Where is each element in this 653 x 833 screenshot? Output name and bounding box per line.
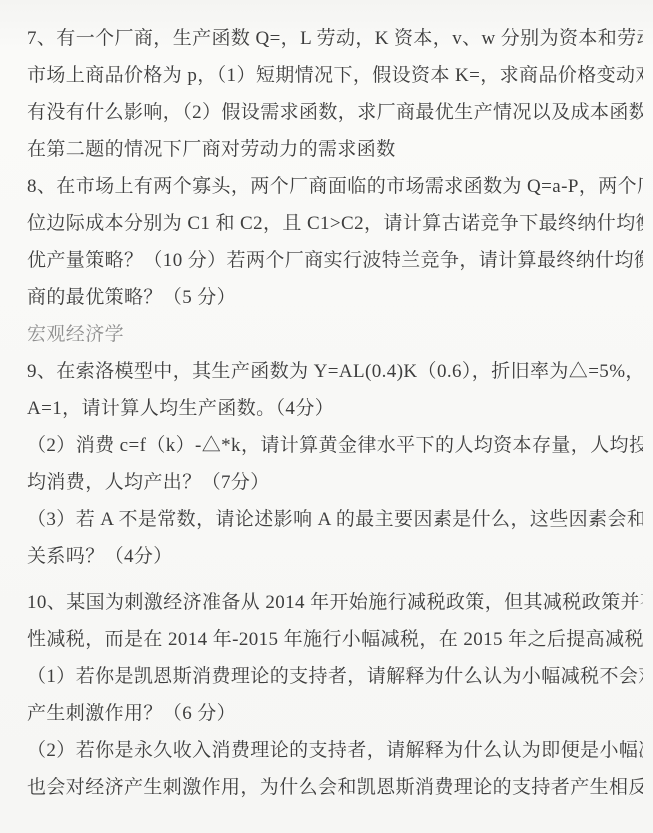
text-line: 8、在市场上有两个寡头，两个厂商面临的市场需求函数为 Q=a-P，两个厂商的单: [27, 168, 643, 205]
screenshot-root: { "page": { "background_color": "#f8f8f6…: [0, 0, 653, 833]
text-line: 关系吗？（4分）: [27, 538, 643, 575]
text-line: 10、某国为刺激经济准备从 2014 年开始施行减税政策，但其减税政策并不是线: [27, 584, 643, 621]
text-line: 优产量策略？（10 分）若两个厂商实行波特兰竞争，请计算最终纳什均衡下两厂: [27, 242, 643, 279]
section-heading: 宏观经济学: [27, 316, 643, 353]
document-page: 7、有一个厂商，生产函数 Q=，L 劳动，K 资本，v、w 分别为资本和劳动的价…: [0, 0, 653, 833]
text-line: （3）若 A 不是常数，请论述影响 A 的最主要因素是什么，这些因素会和 L、K…: [27, 501, 643, 538]
text-line: 在第二题的情况下厂商对劳动力的需求函数: [27, 131, 643, 168]
text-line: A=1，请计算人均生产函数。（4分）: [27, 390, 643, 427]
text-line: 7、有一个厂商，生产函数 Q=，L 劳动，K 资本，v、w 分别为资本和劳动的价…: [27, 20, 643, 57]
text-line: 有没有什么影响，（2）假设需求函数，求厂商最优生产情况以及成本函数（3）: [27, 94, 643, 131]
text-line: 均消费，人均产出？（7分）: [27, 464, 643, 501]
text-line: 产生刺激作用？（6 分）: [27, 695, 643, 732]
text-line: 也会对经济产生刺激作用，为什么会和凯恩斯消费理论的支持者产生相反的观: [27, 769, 643, 806]
text-line: （2）消费 c=f（k）-△*k，请计算黄金律水平下的人均资本存量，人均投资，人: [27, 427, 643, 464]
document-text-block: 7、有一个厂商，生产函数 Q=，L 劳动，K 资本，v、w 分别为资本和劳动的价…: [27, 20, 643, 806]
text-line: 位边际成本分别为 C1 和 C2，且 C1>C2，请计算古诺竞争下最终纳什均衡下…: [27, 205, 643, 242]
text-line: 商的最优策略？（5 分）: [27, 279, 643, 316]
text-line: 性减税，而是在 2014 年-2015 年施行小幅减税，在 2015 年之后提高…: [27, 621, 643, 658]
text-line: （2）若你是永久收入消费理论的支持者，请解释为什么认为即便是小幅减税，: [27, 732, 643, 769]
text-line: 9、在索洛模型中，其生产函数为 Y=AL(0.4)K（0.6），折旧率为△=5%…: [27, 353, 643, 390]
text-line: （1）若你是凯恩斯消费理论的支持者，请解释为什么认为小幅减税不会对经济: [27, 658, 643, 695]
text-line: 市场上商品价格为 p，（1）短期情况下，假设资本 K=，求商品价格变动对厂商: [27, 57, 643, 94]
